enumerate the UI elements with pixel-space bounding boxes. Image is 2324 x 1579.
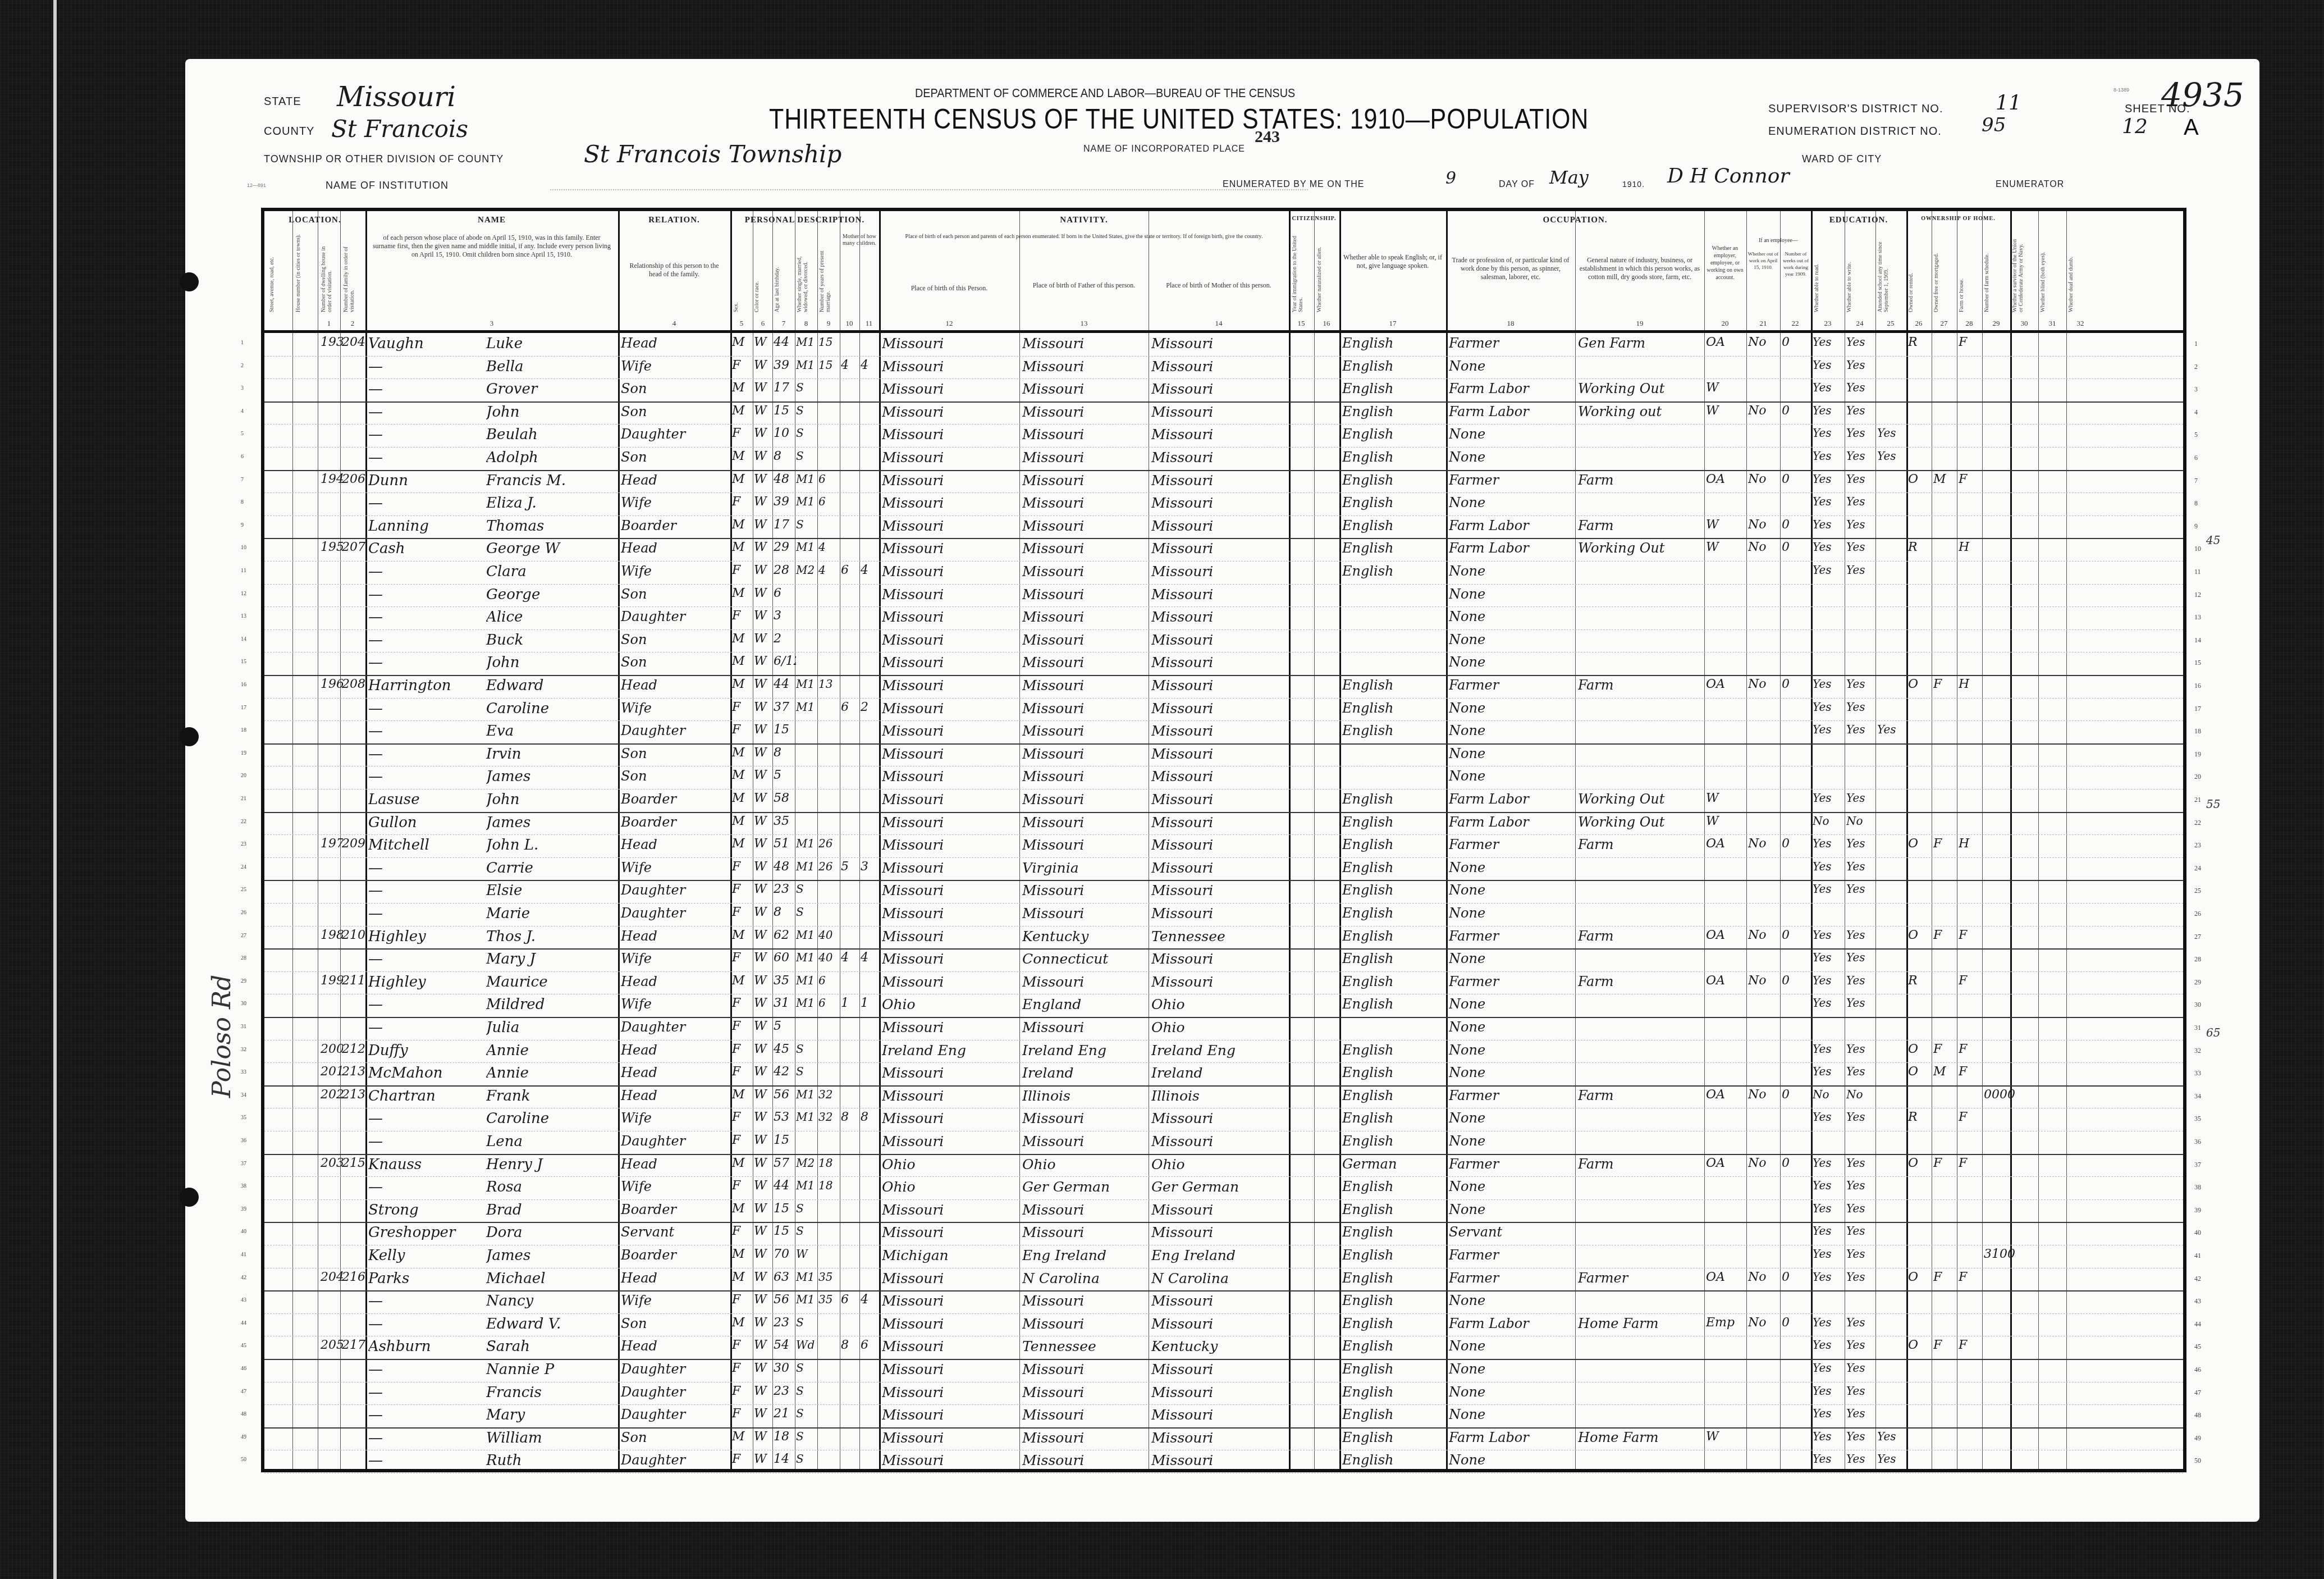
cell-own: R	[1908, 974, 1930, 988]
table-row: 2121LasuseJohnBoarderMW58MissouriMissour…	[264, 789, 2183, 813]
cell-trade: None	[1449, 1202, 1575, 1217]
cell-ms: M1	[796, 540, 817, 554]
cell-mpob: Missouri	[1151, 632, 1289, 648]
cell-sched: 3100	[1984, 1247, 2062, 1261]
cell-rel: Wife	[621, 996, 730, 1012]
cell-given: Mary J	[486, 951, 618, 968]
cell-yrs: 6	[818, 996, 840, 1010]
cell-pob: Missouri	[882, 1088, 1019, 1104]
cell-age: 42	[774, 1065, 796, 1079]
table-row: 4444—Edward V.SonMW23SMissouriMissouriMi…	[264, 1313, 2183, 1337]
cell-emp: W	[1706, 814, 1745, 828]
cell-rel: Head	[621, 540, 730, 556]
header-mother-birthplace: Place of birth of Mother of this person.	[1151, 281, 1286, 290]
cell-rel: Head	[621, 1042, 730, 1058]
cell-pob: Missouri	[882, 518, 1019, 534]
line-number: 38	[2194, 1183, 2201, 1192]
cell-race: W	[754, 905, 772, 919]
cell-given: Buck	[486, 632, 618, 649]
cell-age: 44	[774, 677, 796, 691]
cell-pob: Missouri	[882, 723, 1019, 739]
cell-fpob: Missouri	[1022, 1224, 1149, 1240]
cell-pob: Missouri	[882, 1133, 1019, 1149]
cell-given: Maurice	[486, 974, 618, 991]
cell-eng: English	[1342, 358, 1446, 374]
institution-label: Name of institution	[326, 180, 449, 191]
cell-age: 30	[774, 1361, 796, 1375]
cell-trade: Farmer	[1449, 677, 1575, 693]
line-number-left: 24	[241, 864, 246, 870]
cell-sex: M	[732, 677, 752, 691]
line-number-left: 22	[241, 819, 246, 825]
line-number: 28	[2194, 955, 2201, 964]
cell-read: Yes	[1813, 426, 1843, 440]
cell-age: 17	[774, 381, 796, 395]
cell-race: W	[754, 1133, 772, 1147]
cell-fam: 217	[342, 1338, 365, 1352]
cell-rel: Daughter	[621, 609, 730, 624]
cell-mpob: Missouri	[1151, 449, 1289, 466]
line-number: 3	[2194, 385, 2198, 394]
cell-surname: —	[368, 381, 486, 398]
cell-trade: Farmer	[1449, 928, 1575, 944]
header-school: Attended school any time since September…	[1877, 234, 1905, 312]
cell-mpob: Missouri	[1151, 768, 1289, 784]
cell-mpob: Ohio	[1151, 996, 1289, 1012]
cell-surname: —	[368, 654, 486, 671]
table-row: 3737203215KnaussHenry JHeadMW57M218OhioO…	[264, 1154, 2183, 1178]
cell-fpob: Missouri	[1022, 381, 1149, 397]
cell-out: No	[1748, 974, 1779, 988]
cell-write: Yes	[1846, 1316, 1875, 1329]
cell-pob: Missouri	[882, 540, 1019, 556]
cell-eng: English	[1342, 1133, 1446, 1149]
cell-fpob: Missouri	[1022, 974, 1149, 990]
cell-age: 39	[774, 495, 796, 509]
cell-rel: Daughter	[621, 426, 730, 442]
cell-mpob: Missouri	[1151, 837, 1289, 853]
table-row: 1818—EvaDaughterFW15MissouriMissouriMiss…	[264, 720, 2183, 745]
sheet-form-code: 8-1389	[2113, 87, 2129, 93]
cell-mpob: Missouri	[1151, 860, 1289, 876]
cell-pob: Missouri	[882, 1065, 1019, 1081]
line-number: 23	[2194, 841, 2201, 850]
cell-fam: 213	[342, 1065, 365, 1079]
cell-rel: Head	[621, 837, 730, 852]
cell-given: Francis	[486, 1384, 618, 1401]
table-row: 3232200212DuffyAnnieHeadFW45SIreland Eng…	[264, 1040, 2183, 1064]
cell-wks: 0	[1782, 1088, 1810, 1102]
line-number-left: 45	[241, 1343, 246, 1349]
census-sheet: State Missouri County St Francois Townsh…	[185, 59, 2259, 1522]
cell-trade: None	[1449, 1338, 1575, 1354]
cell-age: 14	[774, 1452, 796, 1466]
cell-fpob: Missouri	[1022, 632, 1149, 648]
cell-pob: Missouri	[882, 335, 1019, 352]
cell-mpob: Missouri	[1151, 518, 1289, 534]
cell-rel: Boarder	[621, 791, 730, 807]
cell-rel: Daughter	[621, 1133, 730, 1149]
cell-yrs: 35	[818, 1293, 840, 1306]
cell-eng: English	[1342, 700, 1446, 716]
line-number: 8	[2194, 499, 2198, 508]
cell-race: W	[754, 1224, 772, 1238]
line-number-left: 29	[241, 978, 246, 984]
header-years-married: Number of years of present marriage.	[819, 234, 838, 312]
cell-sex: M	[732, 404, 752, 418]
cell-pob: Missouri	[882, 1338, 1019, 1354]
line-number-left: 47	[241, 1389, 246, 1395]
line-number-left: 10	[241, 545, 246, 551]
cell-read: Yes	[1813, 381, 1843, 394]
cell-trade: None	[1449, 1293, 1575, 1308]
cell-age: 57	[774, 1156, 796, 1170]
cell-wks: 0	[1782, 540, 1810, 554]
cell-read: Yes	[1813, 495, 1843, 508]
cell-yrs: 40	[818, 928, 840, 942]
cell-write: Yes	[1846, 1042, 1875, 1056]
cell-read: Yes	[1813, 1361, 1843, 1375]
cell-dw: 198	[321, 928, 343, 942]
table-row: 3838—RosaWifeFW44M118OhioGer GermanGer G…	[264, 1176, 2183, 1200]
cell-age: 15	[774, 1202, 796, 1216]
cell-sex: F	[732, 951, 752, 965]
cell-pob: Missouri	[882, 1361, 1019, 1377]
cell-age: 48	[774, 472, 796, 486]
cell-eng: English	[1342, 540, 1446, 556]
cell-sex: M	[732, 1247, 752, 1261]
cell-read: Yes	[1813, 1179, 1843, 1192]
column-number: 19	[1634, 319, 1645, 328]
cell-sch: Yes	[1877, 426, 1905, 440]
cell-given: Elsie	[486, 882, 618, 899]
table-row: 4848—MaryDaughterFW21SMissouriMissouriMi…	[264, 1404, 2183, 1429]
margin-road-note: Poloso Rd	[208, 705, 236, 1098]
cell-yrs: 4	[818, 540, 840, 554]
column-number: 23	[1822, 319, 1833, 328]
column-number: 26	[1913, 319, 1924, 328]
line-number: 7	[2194, 477, 2198, 485]
cell-surname: —	[368, 1179, 486, 1195]
cell-eng: English	[1342, 951, 1446, 966]
table-row: 2525—ElsieDaughterFW23SMissouriMissouriM…	[264, 880, 2183, 903]
table-row: 2727198210HighleyThos J.HeadMW62M140Miss…	[264, 926, 2183, 950]
cell-sex: M	[732, 768, 752, 782]
column-number: 5	[736, 319, 747, 328]
cell-rel: Wife	[621, 495, 730, 510]
cell-surname: Dunn	[368, 472, 486, 489]
cell-rel: Son	[621, 746, 730, 761]
line-number-left: 36	[241, 1138, 246, 1144]
column-number: 25	[1885, 319, 1896, 328]
cell-pob: Missouri	[882, 768, 1019, 784]
cell-mpob: Missouri	[1151, 563, 1289, 579]
cell-race: W	[754, 951, 772, 965]
cell-fpob: Missouri	[1022, 1133, 1149, 1149]
cell-fpob: Missouri	[1022, 586, 1149, 603]
line-number: 13	[2194, 613, 2201, 622]
cell-eng: English	[1342, 1179, 1446, 1194]
cell-read: Yes	[1813, 677, 1843, 691]
cell-age: 39	[774, 358, 796, 372]
line-number: 15	[2194, 659, 2201, 667]
cell-sex: F	[732, 1042, 752, 1056]
cell-mpob: Kentucky	[1151, 1338, 1289, 1354]
line-number: 34	[2194, 1092, 2201, 1101]
cell-farm: F	[1959, 472, 1981, 486]
cell-age: 6/12	[774, 654, 796, 668]
cell-own: O	[1908, 928, 1930, 942]
cell-ms: S	[796, 1202, 817, 1215]
line-number-left: 23	[241, 841, 246, 847]
line-number: 20	[2194, 773, 2201, 781]
cell-race: W	[754, 1247, 772, 1261]
cell-given: Luke	[486, 335, 618, 352]
cell-sex: F	[732, 426, 752, 440]
cell-trade: None	[1449, 495, 1575, 510]
cell-given: James	[486, 814, 618, 831]
cell-fam: 216	[342, 1270, 365, 1284]
cell-rel: Wife	[621, 1179, 730, 1194]
cell-sex: F	[732, 1407, 752, 1421]
cell-mpob: Ger German	[1151, 1179, 1289, 1195]
cell-rel: Head	[621, 1270, 730, 1286]
cell-yrs: 26	[818, 837, 840, 850]
line-number: 44	[2194, 1320, 2201, 1329]
cell-trade: Farm Labor	[1449, 540, 1575, 556]
cell-read: No	[1813, 814, 1843, 828]
cell-given: Edward V.	[486, 1316, 618, 1332]
cell-surname: —	[368, 449, 486, 466]
column-number: 7	[778, 319, 789, 328]
census-title: THIRTEENTH CENSUS OF THE UNITED STATES: …	[769, 103, 1589, 135]
table-row: 2222GullonJamesBoarderMW35MissouriMissou…	[264, 812, 2183, 836]
table-row: 2323197209MitchellJohn L.HeadMW51M126Mis…	[264, 834, 2183, 858]
enumerator-name: D H Connor	[1667, 165, 1790, 188]
cell-sex: M	[732, 746, 752, 760]
cell-out: No	[1748, 540, 1779, 554]
line-number-left: 44	[241, 1320, 246, 1326]
line-number-left: 15	[241, 659, 246, 665]
ward-label: Ward of city	[1802, 153, 1882, 165]
cell-eng: English	[1342, 677, 1446, 693]
state-value: Missouri	[337, 81, 456, 113]
cell-sex: F	[732, 1384, 752, 1398]
cell-fpob: Ireland Eng	[1022, 1042, 1149, 1058]
cell-pob: Missouri	[882, 1224, 1019, 1240]
line-number: 40	[2194, 1229, 2201, 1237]
line-number-left: 8	[241, 499, 244, 505]
cell-surname: —	[368, 1316, 486, 1332]
cell-given: Irvin	[486, 746, 618, 763]
cell-write: Yes	[1846, 472, 1875, 486]
cell-ms: S	[796, 1316, 817, 1329]
cell-given: Lena	[486, 1133, 618, 1150]
cell-given: Annie	[486, 1065, 618, 1081]
cell-write: Yes	[1846, 1156, 1875, 1170]
cell-read: Yes	[1813, 951, 1843, 964]
line-number: 5	[2194, 431, 2198, 439]
cell-pob: Missouri	[882, 677, 1019, 693]
cell-write: Yes	[1846, 700, 1875, 714]
cell-mpob: Missouri	[1151, 381, 1289, 397]
cell-age: 56	[774, 1293, 796, 1307]
cell-race: W	[754, 746, 772, 760]
cell-born: 6	[841, 563, 859, 577]
cell-write: Yes	[1846, 1110, 1875, 1124]
cell-given: Caroline	[486, 1110, 618, 1127]
cell-ms: M2	[796, 563, 817, 577]
cell-sex: F	[732, 563, 752, 577]
form-code: 12—891	[247, 182, 266, 188]
column-number: 21	[1758, 319, 1769, 328]
cell-given: Frank	[486, 1088, 618, 1105]
cell-fam: 210	[342, 928, 365, 942]
cell-mpob: Missouri	[1151, 358, 1289, 375]
cell-free: F	[1933, 1270, 1956, 1284]
cell-fpob: Missouri	[1022, 1384, 1149, 1400]
line-number: 39	[2194, 1206, 2201, 1215]
cell-trade: None	[1449, 563, 1575, 579]
enumeration-district-label: Enumeration District No.	[1768, 125, 1942, 138]
cell-surname: —	[368, 746, 486, 763]
cell-ind: Farm	[1578, 837, 1704, 852]
cell-age: 29	[774, 540, 796, 554]
cell-age: 10	[774, 426, 796, 440]
cell-surname: —	[368, 358, 486, 375]
cell-sex: M	[732, 381, 752, 395]
header-marital: Whether single, married, widowed, or div…	[797, 234, 816, 312]
column-number: 4	[669, 319, 680, 328]
sheet-number: 12	[2122, 115, 2148, 138]
cell-trade: Servant	[1449, 1224, 1575, 1240]
line-number-left: 38	[241, 1183, 246, 1189]
cell-own: O	[1908, 472, 1930, 486]
table-row: 3939StrongBradBoarderMW15SMissouriMissou…	[264, 1199, 2183, 1224]
cell-living: 4	[861, 358, 879, 372]
cell-surname: —	[368, 404, 486, 421]
cell-pob: Missouri	[882, 860, 1019, 876]
cell-given: John	[486, 654, 618, 671]
line-number: 24	[2194, 864, 2201, 873]
cell-given: Michael	[486, 1270, 618, 1287]
cell-age: 63	[774, 1270, 796, 1284]
cell-ms: M1	[796, 472, 817, 486]
cell-rel: Head	[621, 472, 730, 488]
cell-sex: F	[732, 1110, 752, 1124]
cell-age: 60	[774, 951, 796, 965]
header-english: Whether able to speak English; or, if no…	[1342, 253, 1443, 270]
header-if-employee: If an employee—	[1747, 236, 1809, 245]
cell-eng: English	[1342, 1202, 1446, 1217]
cell-fpob: Missouri	[1022, 404, 1149, 420]
table-row: 2626—MarieDaughterFW8SMissouriMissouriMi…	[264, 903, 2183, 927]
line-number: 4	[2194, 408, 2198, 417]
cell-read: Yes	[1813, 1338, 1843, 1352]
cell-ms: S	[796, 1452, 817, 1466]
cell-fpob: Missouri	[1022, 1407, 1149, 1423]
cell-eng: English	[1342, 1430, 1446, 1445]
cell-read: Yes	[1813, 1270, 1843, 1284]
cell-eng: English	[1342, 905, 1446, 921]
cell-race: W	[754, 768, 772, 782]
cell-race: W	[754, 449, 772, 463]
cell-read: Yes	[1813, 860, 1843, 873]
column-number: 15	[1296, 319, 1307, 328]
table-row: 4545205217AshburnSarahHeadFW54Wd86Missou…	[264, 1336, 2183, 1360]
cell-eng: English	[1342, 974, 1446, 989]
column-number: 1	[323, 319, 335, 328]
line-number: 37	[2194, 1161, 2201, 1169]
cell-eng: English	[1342, 426, 1446, 442]
cell-rel: Head	[621, 974, 730, 989]
cell-mpob: Missouri	[1151, 1316, 1289, 1332]
cell-sex: F	[732, 609, 752, 623]
cell-rel: Daughter	[621, 882, 730, 898]
cell-eng: English	[1342, 495, 1446, 510]
column-number: 32	[2075, 319, 2086, 328]
cell-age: 31	[774, 996, 796, 1010]
cell-free: F	[1933, 928, 1956, 942]
cell-dw: 202	[321, 1088, 343, 1102]
cell-age: 35	[774, 974, 796, 988]
cell-trade: None	[1449, 1384, 1575, 1400]
cell-emp: OA	[1706, 335, 1745, 349]
cell-rel: Boarder	[621, 1247, 730, 1263]
cell-trade: None	[1449, 358, 1575, 374]
cell-emp: W	[1706, 791, 1745, 805]
cell-fpob: Missouri	[1022, 563, 1149, 579]
cell-ms: Wd	[796, 1338, 817, 1352]
cell-pob: Missouri	[882, 1270, 1019, 1286]
cell-surname: —	[368, 768, 486, 785]
cell-yrs: 6	[818, 974, 840, 987]
line-number: 16	[2194, 682, 2201, 690]
cell-yrs: 32	[818, 1088, 840, 1101]
cell-pob: Missouri	[882, 586, 1019, 603]
cell-race: W	[754, 928, 772, 942]
cell-race: W	[754, 1179, 772, 1193]
table-row: 88—Eliza J.WifeFW39M16MissouriMissouriMi…	[264, 492, 2183, 516]
cell-dw: 195	[321, 540, 343, 554]
cell-pob: Missouri	[882, 1384, 1019, 1400]
cell-race: W	[754, 814, 772, 828]
cell-trade: Farmer	[1449, 335, 1575, 351]
cell-race: W	[754, 996, 772, 1010]
cell-sex: M	[732, 540, 752, 554]
cell-surname: Cash	[368, 540, 486, 557]
cell-race: W	[754, 1088, 772, 1102]
line-number: 49	[2194, 1434, 2201, 1443]
cell-pob: Missouri	[882, 404, 1019, 420]
cell-fpob: Missouri	[1022, 1019, 1149, 1035]
header-color: Color or race.	[754, 234, 772, 312]
cell-fpob: Illinois	[1022, 1088, 1149, 1104]
header-street: Street, avenue, road, etc.	[269, 234, 291, 312]
cell-ms: S	[796, 1361, 817, 1375]
cell-fpob: Ohio	[1022, 1156, 1149, 1172]
cell-pob: Missouri	[882, 1316, 1019, 1332]
cell-race: W	[754, 1042, 772, 1056]
cell-trade: Farmer	[1449, 472, 1575, 488]
cell-given: Bella	[486, 358, 618, 375]
cell-fpob: Missouri	[1022, 882, 1149, 898]
cell-ms: M1	[796, 1110, 817, 1124]
group-education: EDUCATION.	[1811, 216, 1906, 225]
header-trade: Trade or profession of, or particular ki…	[1449, 256, 1572, 281]
line-number-left: 4	[241, 408, 244, 414]
cell-out: No	[1748, 1156, 1779, 1170]
